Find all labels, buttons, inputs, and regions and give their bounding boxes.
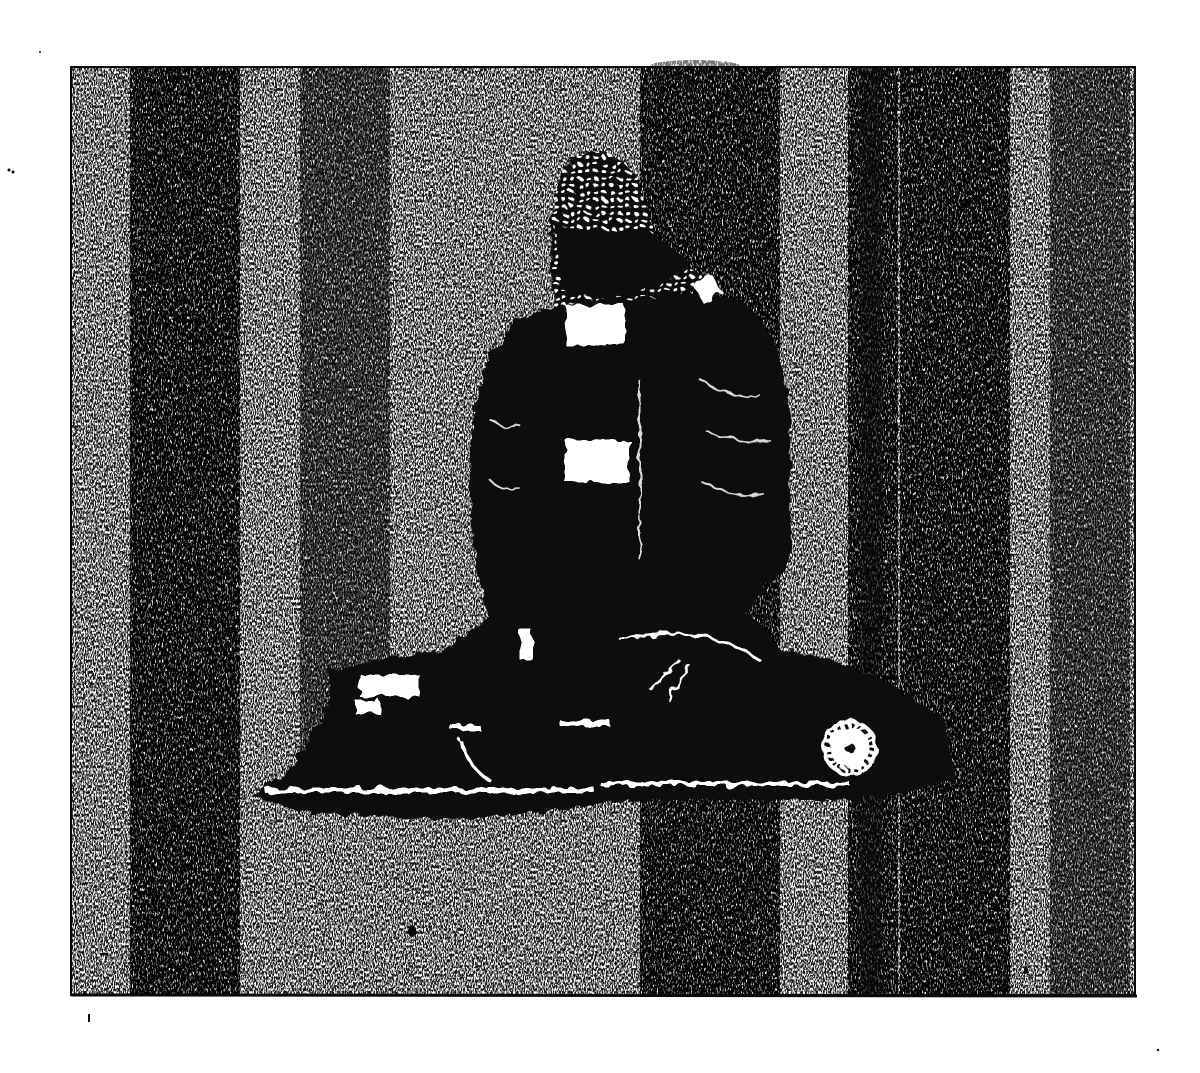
artwork-canvas — [0, 0, 1200, 1073]
scarf-stripe-lower — [565, 440, 630, 482]
scarf-stripe-upper — [565, 305, 625, 345]
